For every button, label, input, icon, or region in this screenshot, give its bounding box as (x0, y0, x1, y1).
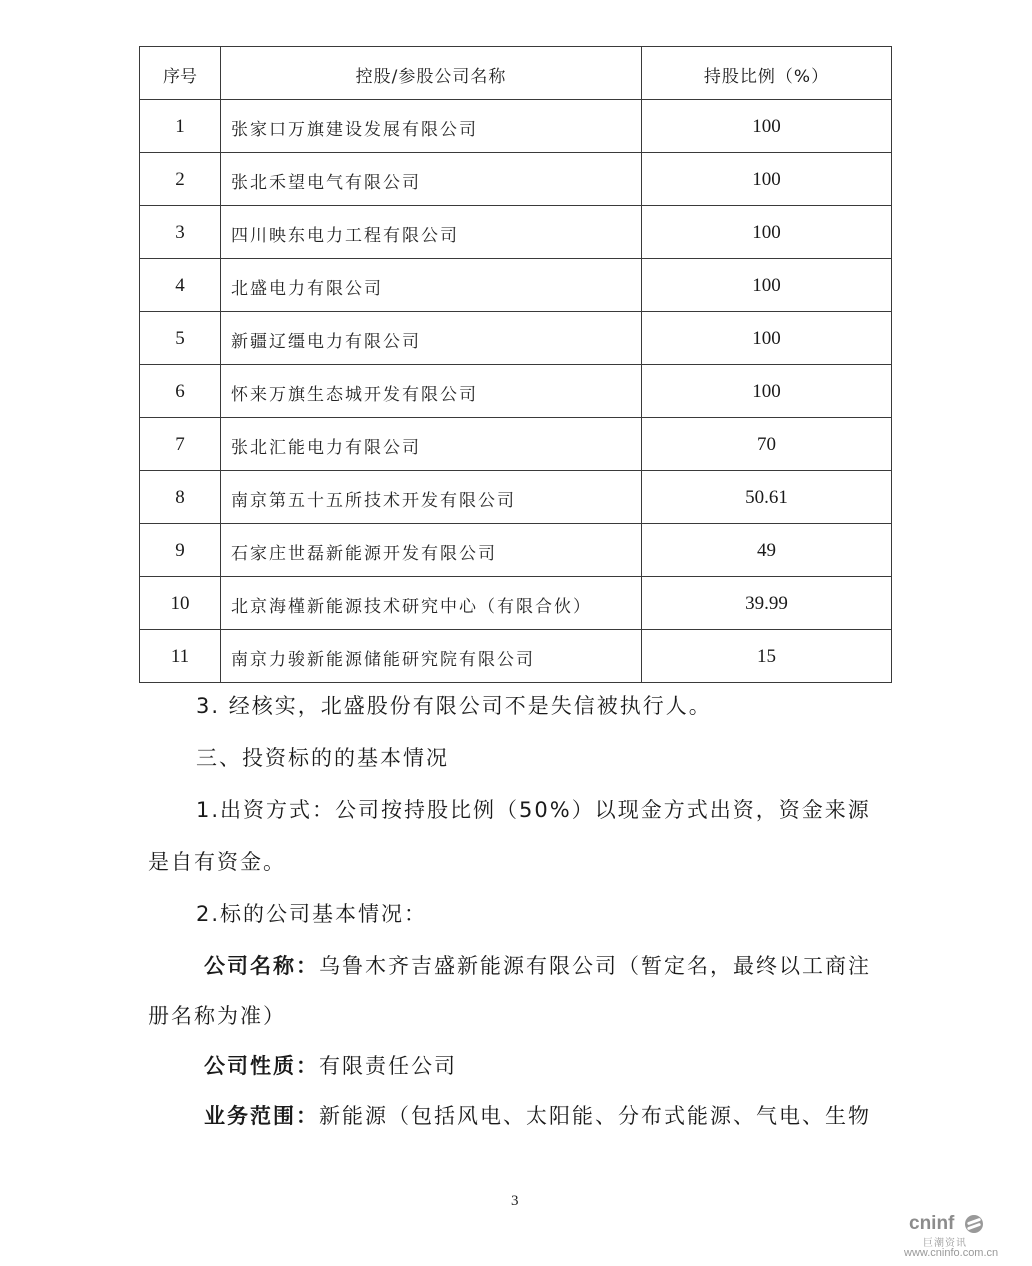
page-number: 3 (511, 1193, 519, 1210)
row-no: 2 (140, 153, 221, 206)
cninfo-logo-icon (965, 1215, 983, 1233)
holdings-table: 序号 控股/参股公司名称 持股比例（%） 1 张家口万旗建设发展有限公司 100… (139, 46, 892, 683)
company-name-line2: 册名称为准） (148, 1000, 286, 1030)
investment-method-line2: 是自有资金。 (148, 846, 286, 876)
row-share-pct: 100 (642, 365, 892, 418)
row-company-name: 张北汇能电力有限公司 (221, 418, 642, 471)
watermark-url: www.cninfo.com.cn (904, 1247, 998, 1259)
header-company-name: 控股/参股公司名称 (221, 47, 642, 100)
row-company-name: 石家庄世磊新能源开发有限公司 (221, 524, 642, 577)
row-share-pct: 50.61 (642, 471, 892, 524)
row-no: 7 (140, 418, 221, 471)
row-share-pct: 70 (642, 418, 892, 471)
row-no: 6 (140, 365, 221, 418)
row-no: 8 (140, 471, 221, 524)
row-share-pct: 100 (642, 312, 892, 365)
row-share-pct: 100 (642, 259, 892, 312)
row-company-name: 新疆辽缰电力有限公司 (221, 312, 642, 365)
table-row: 5 新疆辽缰电力有限公司 100 (140, 312, 892, 365)
row-company-name: 张北禾望电气有限公司 (221, 153, 642, 206)
table-header-row: 序号 控股/参股公司名称 持股比例（%） (140, 47, 892, 100)
row-no: 10 (140, 577, 221, 630)
row-share-pct: 39.99 (642, 577, 892, 630)
row-company-name: 张家口万旗建设发展有限公司 (221, 100, 642, 153)
row-company-name: 南京力骏新能源储能研究院有限公司 (221, 630, 642, 683)
header-share-pct: 持股比例（%） (642, 47, 892, 100)
target-company-heading: 2.标的公司基本情况： (196, 898, 427, 928)
row-company-name: 四川映东电力工程有限公司 (221, 206, 642, 259)
row-share-pct: 100 (642, 100, 892, 153)
row-company-name: 北京海槿新能源技术研究中心（有限合伙） (221, 577, 642, 630)
row-company-name: 怀来万旗生态城开发有限公司 (221, 365, 642, 418)
row-no: 3 (140, 206, 221, 259)
table-row: 10 北京海槿新能源技术研究中心（有限合伙） 39.99 (140, 577, 892, 630)
row-company-name: 北盛电力有限公司 (221, 259, 642, 312)
business-scope-line: 业务范围：新能源（包括风电、太阳能、分布式能源、气电、生物 (204, 1100, 871, 1130)
table-row: 2 张北禾望电气有限公司 100 (140, 153, 892, 206)
watermark-brand: cninf (909, 1213, 954, 1235)
table-row: 6 怀来万旗生态城开发有限公司 100 (140, 365, 892, 418)
company-name-label: 公司名称： (204, 954, 319, 978)
row-share-pct: 15 (642, 630, 892, 683)
table-row: 4 北盛电力有限公司 100 (140, 259, 892, 312)
row-no: 11 (140, 630, 221, 683)
table-row: 7 张北汇能电力有限公司 70 (140, 418, 892, 471)
header-no: 序号 (140, 47, 221, 100)
row-no: 1 (140, 100, 221, 153)
business-scope-label: 业务范围： (204, 1104, 319, 1128)
table-row: 11 南京力骏新能源储能研究院有限公司 15 (140, 630, 892, 683)
document-page: 序号 控股/参股公司名称 持股比例（%） 1 张家口万旗建设发展有限公司 100… (0, 0, 1032, 1266)
row-share-pct: 49 (642, 524, 892, 577)
table-row: 3 四川映东电力工程有限公司 100 (140, 206, 892, 259)
company-name-value: 乌鲁木齐吉盛新能源有限公司（暂定名，最终以工商注 (319, 954, 871, 978)
investment-method-line1: 1.出资方式：公司按持股比例（50%）以现金方式出资，资金来源 (196, 794, 871, 824)
row-share-pct: 100 (642, 153, 892, 206)
company-name-line1: 公司名称：乌鲁木齐吉盛新能源有限公司（暂定名，最终以工商注 (204, 950, 871, 980)
row-company-name: 南京第五十五所技术开发有限公司 (221, 471, 642, 524)
company-type-value: 有限责任公司 (319, 1054, 457, 1078)
row-no: 5 (140, 312, 221, 365)
business-scope-value: 新能源（包括风电、太阳能、分布式能源、气电、生物 (319, 1104, 871, 1128)
company-type-line: 公司性质：有限责任公司 (204, 1050, 457, 1080)
row-share-pct: 100 (642, 206, 892, 259)
verification-paragraph: 3. 经核实，北盛股份有限公司不是失信被执行人。 (196, 690, 712, 720)
company-type-label: 公司性质： (204, 1054, 319, 1078)
table-row: 1 张家口万旗建设发展有限公司 100 (140, 100, 892, 153)
table-row: 8 南京第五十五所技术开发有限公司 50.61 (140, 471, 892, 524)
table-row: 9 石家庄世磊新能源开发有限公司 49 (140, 524, 892, 577)
row-no: 4 (140, 259, 221, 312)
section-heading: 三、投资标的的基本情况 (196, 742, 449, 772)
cninfo-watermark: cninf 巨潮资讯 www.cninfo.com.cn (905, 1213, 1005, 1263)
row-no: 9 (140, 524, 221, 577)
